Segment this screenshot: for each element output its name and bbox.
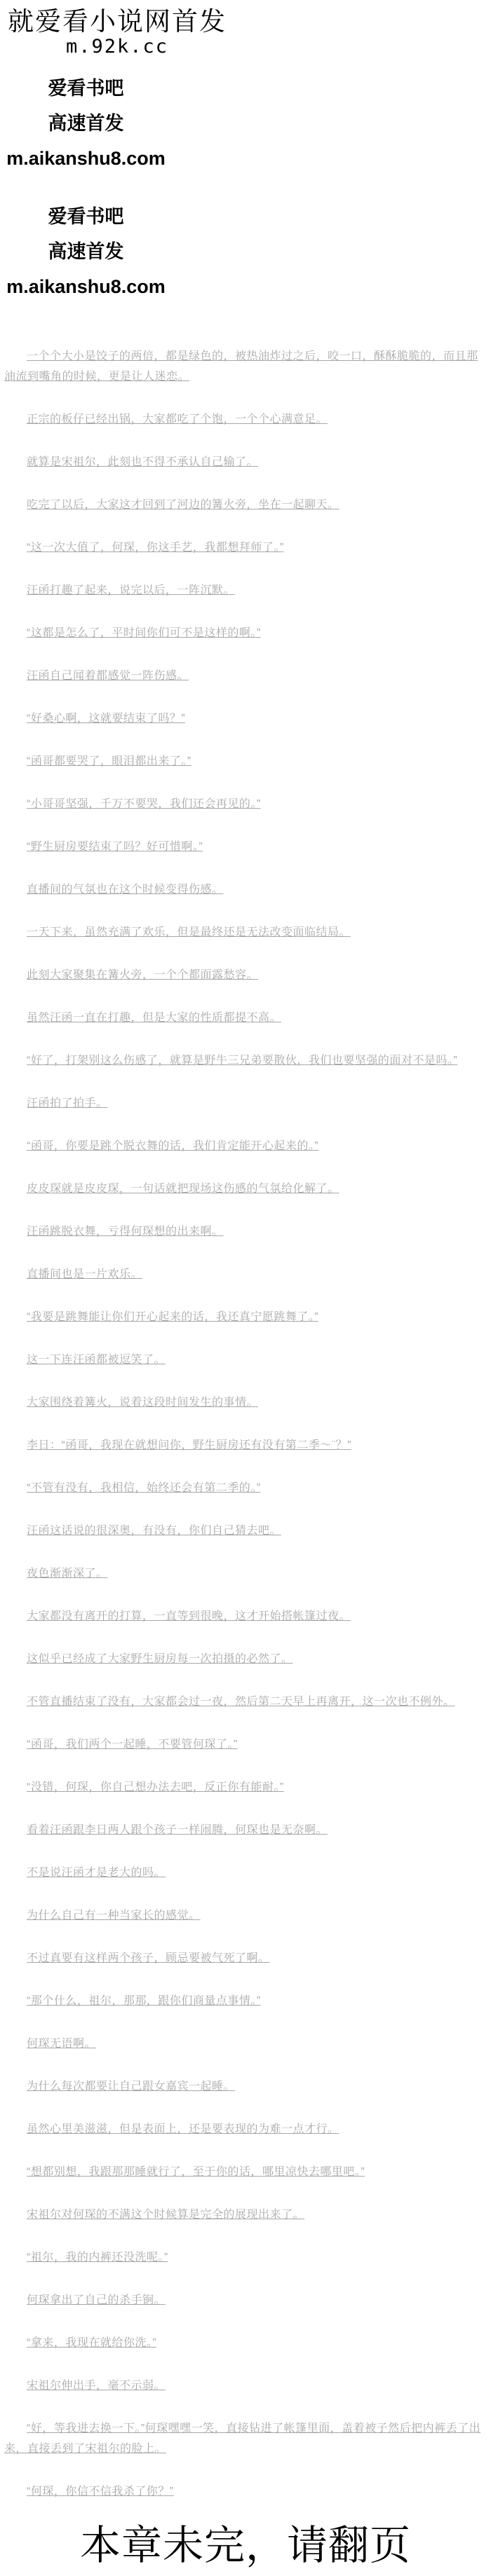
novel-paragraph: “好，等我进去换一下。”何琛嘿嘿一笑，直接钻进了帐篷里面，盖着被子然后把内裤丢了… [4,2418,487,2459]
novel-paragraph: 汪函自己闻着都感觉一阵伤感。 [4,666,487,686]
novel-paragraph: “野生厨房要结束了吗？好可惜啊。” [4,837,487,857]
novel-paragraph: 不管直播结束了没有，大家都会过一夜，然后第二天早上再离开，这一次也不例外。 [4,1692,487,1712]
site-watermark-url[interactable]: m.92k.cc [0,36,234,57]
novel-paragraph: “小哥哥坚强，千万不要哭，我们还会再见的。” [4,794,487,814]
novel-paragraph: 吃完了以后，大家这才回到了河边的篝火旁，坐在一起聊天。 [4,495,487,515]
promo-block-1: 爱看书吧 高速首发 m.aikanshu8.com [0,77,172,170]
novel-paragraph: 何琛拿出了自己的杀手锏。 [4,2290,487,2310]
novel-paragraph: 正宗的板仔已经出锅，大家都吃了个饱，一个个心满意足。 [4,409,487,430]
novel-paragraph: 为什么每次都要让自己跟女嘉宾一起睡。 [4,2076,487,2097]
novel-paragraph: “我要是跳舞能让你们开心起来的话，我还真宁愿跳舞了。” [4,1307,487,1327]
promo-tagline-link[interactable]: 高速首发 [48,241,124,262]
novel-paragraph: “函哥都要哭了，眼泪都出来了。” [4,751,487,772]
novel-paragraph: “好桑心啊，这就要结束了吗？” [4,708,487,729]
novel-paragraph: 虽然汪函一直在打趣，但是大家的性质都提不高。 [4,1008,487,1028]
page-header: 就爱看小说网首发 m.92k.cc 爱看书吧 高速首发 m.aikanshu8.… [0,7,491,299]
novel-paragraph: “那个什么，祖尔，那那，跟你们商量点事情。” [4,1991,487,2011]
promo-url-link[interactable]: m.aikanshu8.com [6,148,166,169]
novel-paragraph: 不过真要有这样两个孩子，顾忌要被气死了啊。 [4,1948,487,1968]
site-watermark-title: 就爱看小说网首发 [0,7,234,36]
novel-paragraph: 就算是宋祖尔，此刻也不得不承认自己输了。 [4,452,487,472]
novel-paragraph: 看着汪函跟李日两人跟个孩子一样闹腾，何琛也是无奈啊。 [4,1820,487,1840]
novel-paragraph: “不管有没有，我相信，始终还会有第二季的。” [4,1478,487,1498]
page-turn-notice: 本章未完，请翻页 [0,2524,491,2568]
novel-paragraph: 直播间也是一片欢乐。 [4,1264,487,1284]
novel-paragraph: 夜色渐渐深了。 [4,1563,487,1584]
novel-paragraph: 汪函打趣了起来，说完以后，一阵沉默。 [4,580,487,601]
promo-url[interactable]: m.aikanshu8.com [0,275,172,299]
novel-paragraph: 虽然心里美滋滋，但是表面上，还是要表现的为难一点才行。 [4,2119,487,2139]
novel-paragraph: 宋祖尔对何琛的不满这个时候算是完全的展现出来了。 [4,2205,487,2225]
promo-tagline[interactable]: 高速首发 [0,240,172,263]
novel-paragraph: 直播间的气氛也在这个时候变得伤感。 [4,879,487,900]
chapter-text: 一个个大小是饺子的两倍，都是绿色的，被热油炸过之后，咬一口，酥酥脆脆的，而且那油… [0,346,491,2502]
novel-paragraph: “这都是怎么了，平时间你们可不是这样的啊。” [4,623,487,643]
novel-paragraph: 大家都没有离开的打算，一直等到很晚，这才开始搭帐篷过夜。 [4,1606,487,1626]
promo-url[interactable]: m.aikanshu8.com [0,147,172,170]
novel-paragraph: 这一下连汪函都被逗笑了。 [4,1350,487,1370]
novel-paragraph: “函哥，你要是跳个脱衣舞的话，我们肯定能开心起来的。” [4,1136,487,1156]
novel-paragraph: 一个个大小是饺子的两倍，都是绿色的，被热油炸过之后，咬一口，酥酥脆脆的，而且那油… [4,346,487,387]
promo-tagline[interactable]: 高速首发 [0,112,172,135]
novel-paragraph: “想都别想，我跟那那睡就行了，至于你的话，哪里凉快去哪里吧。” [4,2162,487,2182]
promo-site-name[interactable]: 爱看书吧 [0,205,172,228]
novel-paragraph: “这一次大值了，何琛，你这手艺，我都想拜师了。” [4,537,487,558]
novel-paragraph: 汪函跳脱衣舞，亏得何琛想的出来啊。 [4,1221,487,1242]
novel-paragraph: 大家围绕着篝火，说着这段时间发生的事情。 [4,1392,487,1413]
novel-paragraph: 汪函拍了拍手。 [4,1093,487,1114]
promo-url-link[interactable]: m.aikanshu8.com [6,276,166,297]
novel-paragraph: “何琛，你信不信我杀了你？” [4,2481,487,2502]
novel-paragraph: 宋祖尔伸出手，毫不示弱。 [4,2376,487,2396]
promo-site-name-link[interactable]: 爱看书吧 [48,206,124,227]
promo-block-2: 爱看书吧 高速首发 m.aikanshu8.com [0,205,172,299]
novel-paragraph: “没错，何琛，你自己想办法去吧，反正你有能耐。” [4,1777,487,1797]
promo-tagline-link[interactable]: 高速首发 [48,113,124,134]
promo-site-name-link[interactable]: 爱看书吧 [48,78,124,99]
promo-site-name[interactable]: 爱看书吧 [0,77,172,100]
novel-paragraph: “祖尔，我的内裤还没洗呢。” [4,2247,487,2268]
novel-paragraph: 何琛无语啊。 [4,2034,487,2054]
novel-paragraph: 李日：“函哥，我现在就想问你，野生厨房还有没有第二季～¨？” [4,1435,487,1455]
novel-paragraph: “好了，打架别这么伤感了，就算是野牛三兄弟要散伙，我们也要坚强的面对不是吗。” [4,1050,487,1071]
novel-paragraph: “拿来，我现在就给你洗。” [4,2333,487,2353]
novel-paragraph: 此刻大家聚集在篝火旁，一个个都面露愁容。 [4,965,487,985]
novel-paragraph: 汪函这话说的很深奥，有没有，你们自己猜去吧。 [4,1521,487,1541]
novel-paragraph: 一天下来，虽然充满了欢乐，但是最终还是无法改变面临结局。 [4,922,487,943]
novel-paragraph: “函哥，我们两个一起睡，不要管何琛了。” [4,1734,487,1755]
novel-paragraph: 不是说汪函才是老大的吗。 [4,1863,487,1883]
novel-paragraph: 为什么自己有一种当家长的感觉。 [4,1905,487,1926]
novel-paragraph: 这似乎已经成了大家野生厨房每一次拍摄的必然了。 [4,1649,487,1669]
novel-paragraph: 皮皮琛就是皮皮琛，一句话就把现场这伤感的气氛给化解了。 [4,1179,487,1199]
